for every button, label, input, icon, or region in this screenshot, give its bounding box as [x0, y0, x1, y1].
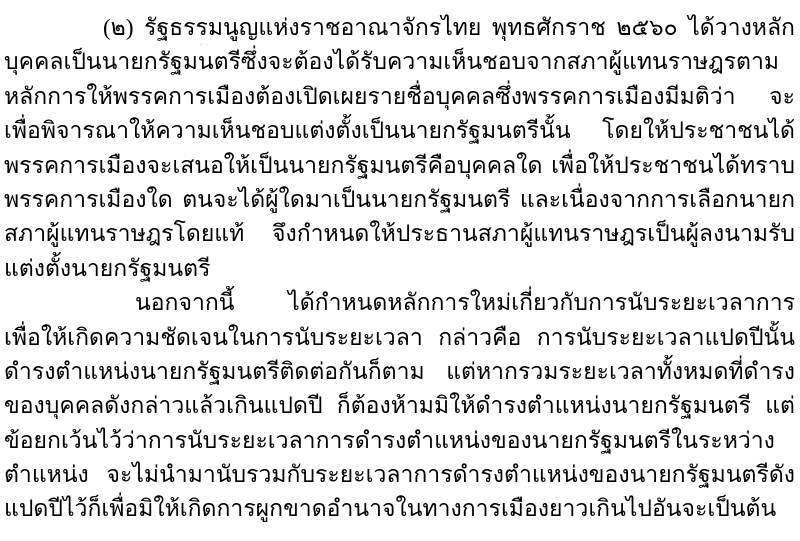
text-line: ดำรงตำแหน่งนายกรัฐมนตรีติดต่อกันก็ตาม แต… [4, 355, 795, 389]
text-line: พรรคการเมืองจะเสนอให้เป็นนายกรัฐมนตรีคือ… [4, 149, 795, 183]
text-line: นอกจากนี้ ได้กำหนดหลักการใหม่เกี่ยวกับกา… [4, 286, 795, 320]
text-line: พรรคการเมืองใด ตนจะได้ผู้ใดมาเป็นนายกรัฐ… [4, 183, 795, 217]
text-line: บุคคลเป็นนายกรัฐมนตรีซึ่งจะต้องได้รับควา… [4, 45, 795, 79]
text-line: แปดปีไว้ก็เพื่อมิให้เกิดการผูกขาดอำนาจใน… [4, 492, 795, 526]
paragraph-term-counting-principle: นอกจากนี้ ได้กำหนดหลักการใหม่เกี่ยวกับกา… [4, 286, 795, 527]
text-line: เพื่อพิจารณาให้ความเห็นชอบแต่งตั้งเป็นนา… [4, 114, 795, 148]
document-page: (๒) รัฐธรรมนูญแห่งราชอาณาจักรไทย พุทธศัก… [0, 0, 800, 541]
text-line: ของบุคคลดังกล่าวแล้วเกินแปดปี ก็ต้องห้าม… [4, 389, 795, 423]
text-line: เพื่อให้เกิดความชัดเจนในการนับระยะเวลา ก… [4, 321, 795, 355]
text-line: หลักการให้พรรคการเมืองต้องเปิดเผยรายชื่อ… [4, 80, 795, 114]
text-line: สภาผู้แทนราษฎรโดยแท้ จึงกำหนดให้ประธานสภ… [4, 217, 795, 251]
paragraph-appointment-principle: (๒) รัฐธรรมนูญแห่งราชอาณาจักรไทย พุทธศัก… [4, 11, 795, 286]
text-line: (๒) รัฐธรรมนูญแห่งราชอาณาจักรไทย พุทธศัก… [4, 11, 795, 45]
text-line: ข้อยกเว้นไว้ว่าการนับระยะเวลาการดำรงตำแห… [4, 424, 795, 458]
text-line: ตำแหน่ง จะไม่นำมานับรวมกับระยะเวลาการดำร… [4, 458, 795, 492]
text-line: แต่งตั้งนายกรัฐมนตรี [4, 252, 795, 286]
